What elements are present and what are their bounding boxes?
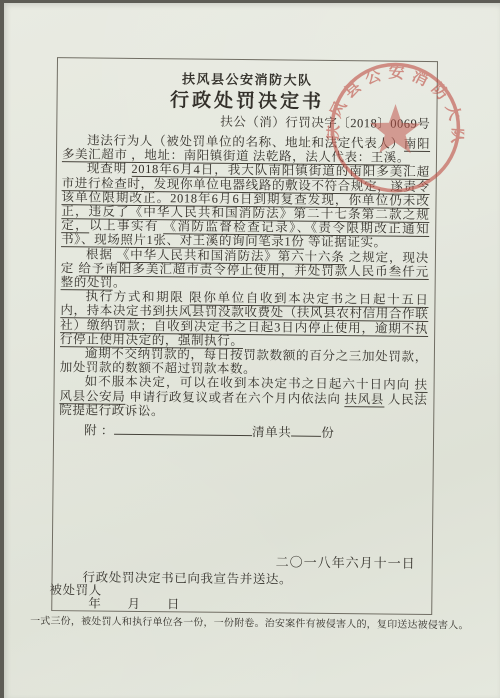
official-red-seal: 扶风县公安消防大队 (326, 58, 465, 197)
template-text: 清单共 (252, 425, 291, 439)
template-text: 以上事实有 (89, 219, 164, 234)
paragraph-appeal: 如不服本决定，可以在收到本决定书之日起六十日内向 扶风县公安局 申请行政复议或者… (59, 375, 427, 421)
signature-date-blank: 年 月 日 (88, 593, 180, 612)
template-text: 等证据证实。 (304, 235, 386, 250)
template-text: 根据 (86, 247, 117, 261)
template-text: 附 ： (84, 423, 114, 437)
service-announcement: 行政处罚决定书已向我宣告并送达。 (57, 567, 417, 589)
template-text: 现查明 (87, 162, 132, 176)
filled-value: 扶风县 (344, 392, 384, 407)
filled-value (291, 425, 321, 437)
template-text: 执行方式和期限 (85, 290, 189, 305)
paragraph-execution: 执行方式和期限 限你单位自收到本决定书之日起十五日内，持本决定书到扶风县罚没款收… (60, 289, 429, 350)
template-text: 份 (321, 426, 334, 440)
seal-star (370, 104, 421, 154)
document-photo: 扶风县公安消防大队 行政处罚决定书 扶公（消）行罚决字〔2018〕0069号 违… (0, 0, 500, 698)
template-text: 。 (113, 276, 126, 290)
filled-value (114, 423, 252, 436)
paragraph-attachment: 附 ：清单共份 (59, 422, 427, 441)
paragraph-decision: 根据 《中华人民共和国消防法》第六十六条 之规定，现决定 给予南阳多美汇超市责令… (61, 247, 429, 293)
paragraph-late-payment: 逾期不交纳罚款的，每日按罚款数额的百分之三加处罚款，加处罚款的数额不超过罚款本数… (60, 346, 428, 378)
distribution-note: 一式三份，被处罚人和执行单位各一份，一份附卷。治安案件有被侵害人的，复印送达被侵… (30, 612, 454, 631)
template-text: 逾期不交纳罚款的，每日按罚款数额的百分之三加处罚款，加处罚款的数额不超过罚款本数… (60, 346, 428, 376)
penalty-decision-document: 扶风县公安消防大队 行政处罚决定书 扶公（消）行罚决字〔2018〕0069号 违… (0, 0, 500, 698)
